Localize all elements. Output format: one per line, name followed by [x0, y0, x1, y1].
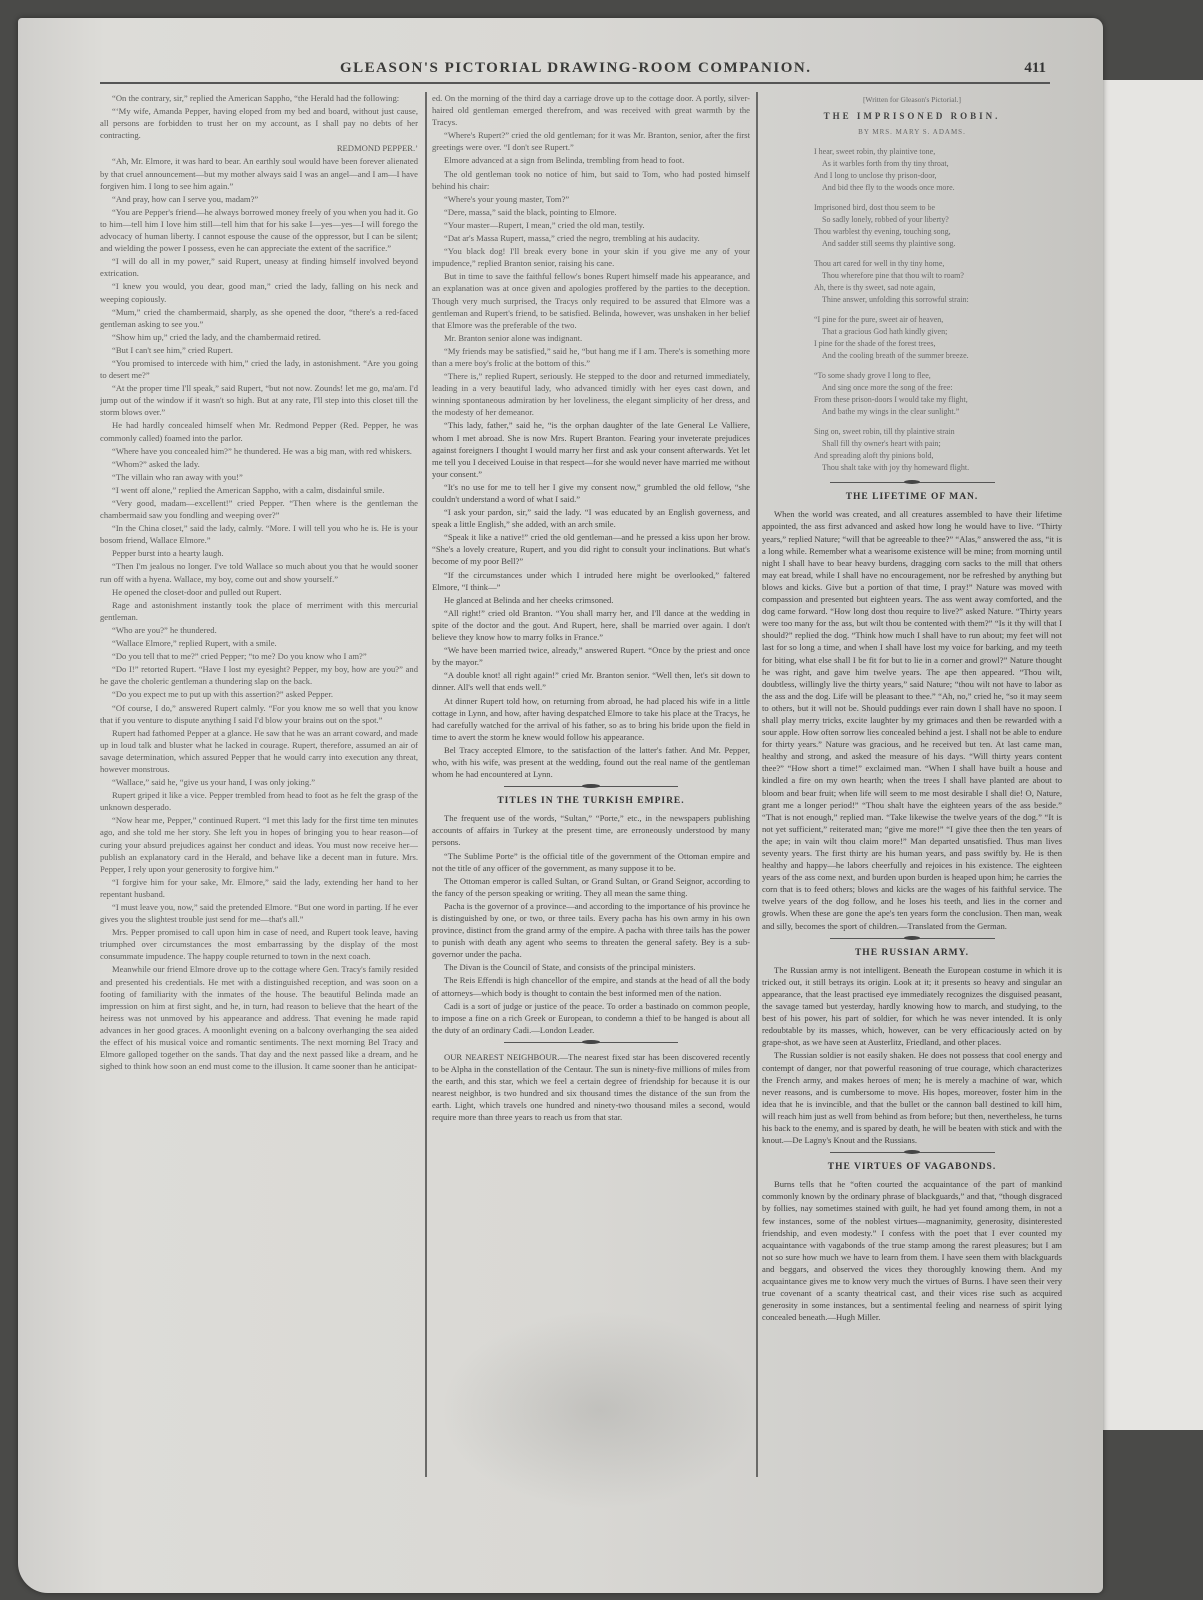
poem-stanza: Sing on, sweet robin, till thy plaintive… [814, 426, 1062, 474]
paragraph: “Dere, massa,” said the black, pointing … [432, 206, 750, 218]
paragraph: The Russian soldier is not easily shaken… [762, 1049, 1062, 1146]
poem-line: Thou warblest thy evening, touching song… [814, 226, 1062, 238]
heading-turkish-empire: TITLES IN THE TURKISH EMPIRE. [432, 795, 750, 807]
paragraph: When the world was created, and all crea… [762, 508, 1062, 931]
column-rule [756, 92, 758, 1477]
heading-russian-army: THE RUSSIAN ARMY. [762, 947, 1062, 959]
paragraph: “The villain who ran away with you!” [100, 471, 418, 483]
poem-stanza: Imprisoned bird, dost thou seem to be So… [814, 202, 1062, 250]
paragraph: The old gentleman took no notice of him,… [432, 168, 750, 192]
paragraph: “Dat ar's Massa Rupert, massa,” cried th… [432, 232, 750, 244]
poem-line: I pine for the shade of the forest trees… [814, 338, 1062, 350]
paragraph: Elmore advanced at a sign from Belinda, … [432, 154, 750, 166]
poem-stanza: I hear, sweet robin, thy plaintive tone,… [814, 146, 1062, 194]
back-sheet [1090, 80, 1203, 1430]
ornamental-rule [830, 1152, 995, 1155]
paragraph: “Mum,” cried the chambermaid, sharply, a… [100, 306, 418, 330]
paragraph: “Whom?” asked the lady. [100, 458, 418, 470]
paragraph: “I will do all in my power,” said Rupert… [100, 255, 418, 279]
ornamental-rule [504, 786, 679, 789]
paragraph: “We have been married twice, already,” a… [432, 644, 750, 668]
paragraph: “I forgive him for your sake, Mr. Elmore… [100, 876, 418, 900]
masthead: GLEASON'S PICTORIAL DRAWING-ROOM COMPANI… [100, 58, 1050, 84]
paragraph: The Russian army is not intelligent. Ben… [762, 964, 1062, 1049]
paragraph: “You black dog! I'll break every bone in… [432, 245, 750, 269]
poem-line: “I pine for the pure, sweet air of heave… [814, 314, 1062, 326]
column-2-story: ed. On the morning of the third day a ca… [432, 92, 750, 1482]
paragraph: ed. On the morning of the third day a ca… [432, 92, 750, 128]
paragraph: “Of course, I do,” answered Rupert calml… [100, 702, 418, 726]
paragraph: Meanwhile our friend Elmore drove up to … [100, 963, 418, 1072]
paragraph: “This lady, father,” said he, “is the or… [432, 419, 750, 479]
poem-line: And sadder still seems thy plaintive son… [814, 238, 1062, 250]
poem-line: And I long to unclose thy prison-door, [814, 170, 1062, 182]
publication-title: GLEASON'S PICTORIAL DRAWING-ROOM COMPANI… [340, 60, 811, 77]
paragraph: But in time to save the faithful fellow'… [432, 270, 750, 330]
paragraph: Mr. Branton senior alone was indignant. [432, 332, 750, 344]
poem-line: Thine answer, unfolding this sorrowful s… [814, 294, 1062, 306]
paragraph: “I went off alone,” replied the American… [100, 484, 418, 496]
paragraph: “I knew you would, you dear, good man,” … [100, 280, 418, 304]
poem-line: As it warbles forth from thy tiny throat… [814, 158, 1062, 170]
paragraph: “Now hear me, Pepper,” continued Rupert.… [100, 814, 418, 874]
ornamental-rule [830, 938, 995, 941]
paragraph: “But I can't see him,” cried Rupert. [100, 344, 418, 356]
poem-stanza: “I pine for the pure, sweet air of heave… [814, 314, 1062, 362]
paragraph: Rage and astonishment instantly took the… [100, 599, 418, 623]
paragraph: “My friends may be satisfied,” said he, … [432, 345, 750, 369]
paragraph: “Do you tell that to me?” cried Pepper; … [100, 650, 418, 662]
paragraph-nearest-neighbour: OUR NEAREST NEIGHBOUR.—The nearest fixed… [432, 1051, 750, 1124]
paragraph: At dinner Rupert told how, on returning … [432, 695, 750, 743]
poem-title: THE IMPRISONED ROBIN. [762, 110, 1062, 122]
poem-line: Thou art cared for well in thy tiny home… [814, 258, 1062, 270]
poem-line: And the cooling breath of the summer bre… [814, 350, 1062, 362]
paragraph: Pepper burst into a hearty laugh. [100, 547, 418, 559]
column-1-story: “On the contrary, sir,” replied the Amer… [100, 92, 418, 1482]
paragraph: “‘My wife, Amanda Pepper, having eloped … [100, 105, 418, 141]
poem-line: Thou wherefore pine that thou wilt to ro… [814, 270, 1062, 282]
paragraph: “Your master—Rupert, I mean,” cried the … [432, 219, 750, 231]
paragraph: “It's no use for me to tell her I give m… [432, 481, 750, 505]
paragraph: “Wallace,” said he, “give us your hand, … [100, 776, 418, 788]
paragraph: He opened the closet-door and pulled out… [100, 586, 418, 598]
paragraph: “If the circumstances under which I intr… [432, 569, 750, 593]
paragraph: “Do you expect me to put up with this as… [100, 688, 418, 700]
poem-line: So sadly lonely, robbed of your liberty? [814, 214, 1062, 226]
poem-line: Sing on, sweet robin, till thy plaintive… [814, 426, 1062, 438]
paragraph: “Very good, madam—excellent!” cried Pepp… [100, 497, 418, 521]
paragraph: “You are Pepper's friend—he always borro… [100, 206, 418, 254]
poem-line: I hear, sweet robin, thy plaintive tone, [814, 146, 1062, 158]
heading-lifetime-of-man: THE LIFETIME OF MAN. [762, 491, 1062, 503]
poem-byline: BY MRS. MARY S. ADAMS. [762, 126, 1062, 138]
paragraph: He glanced at Belinda and her cheeks cri… [432, 594, 750, 606]
poem-stanza: “To some shady grove I long to flee, And… [814, 370, 1062, 418]
poem-line: And bid thee fly to the woods once more. [814, 182, 1062, 194]
column-rule [425, 92, 427, 1477]
paragraph: Cadi is a sort of judge or justice of th… [432, 1000, 750, 1036]
paragraph: The Divan is the Council of State, and c… [432, 961, 750, 973]
page-number: 411 [1024, 60, 1046, 77]
paragraph: “I ask your pardon, sir,” said the lady.… [432, 506, 750, 530]
poem-line: And sing once more the song of the free: [814, 382, 1062, 394]
paragraph: Bel Tracy accepted Elmore, to the satisf… [432, 744, 750, 780]
poem-stanza: Thou art cared for well in thy tiny home… [814, 258, 1062, 306]
poem-line: Imprisoned bird, dost thou seem to be [814, 202, 1062, 214]
paragraph: The frequent use of the words, “Sultan,”… [432, 812, 750, 848]
paragraph: “On the contrary, sir,” replied the Amer… [100, 92, 418, 104]
poem-line: And spreading aloft thy pinions bold, [814, 450, 1062, 462]
paragraph: “You promised to intercede with him,” cr… [100, 357, 418, 381]
paragraph: “And pray, how can I serve you, madam?” [100, 193, 418, 205]
ornamental-rule [830, 482, 995, 485]
paragraph: “Show him up,” cried the lady, and the c… [100, 331, 418, 343]
paragraph: Rupert had fathomed Pepper at a glance. … [100, 727, 418, 775]
paragraph: “Wallace Elmore,” replied Rupert, with a… [100, 637, 418, 649]
paragraph: “Then I'm jealous no longer. I've told W… [100, 560, 418, 584]
paragraph: “Where have you concealed him?” he thund… [100, 445, 418, 457]
ornamental-rule [504, 1042, 679, 1045]
paragraph: The Ottoman emperor is called Sultan, or… [432, 875, 750, 899]
paragraph: “There is,” replied Rupert, seriously. H… [432, 370, 750, 418]
paragraph: “Do I!” retorted Rupert. “Have I lost my… [100, 663, 418, 687]
poem-line: “To some shady grove I long to flee, [814, 370, 1062, 382]
poem-line: Thou shalt take with joy thy homeward fl… [814, 462, 1062, 474]
paragraph: “Speak it like a native!” cried the old … [432, 531, 750, 567]
paragraph: “At the proper time I'll speak,” said Ru… [100, 382, 418, 418]
poem-line: From these prison-doors I would take my … [814, 394, 1062, 406]
poem-line: Shall fill thy owner's heart with pain; [814, 438, 1062, 450]
heading-virtues-of-vagabonds: THE VIRTUES OF VAGABONDS. [762, 1161, 1062, 1173]
paragraph: “Where's your young master, Tom?” [432, 193, 750, 205]
paragraph: “A double knot! all right again!” cried … [432, 669, 750, 693]
poem-line: Ah, there is thy sweet, sad note again, [814, 282, 1062, 294]
paragraph: “Ah, Mr. Elmore, it was hard to bear. An… [100, 155, 418, 191]
paragraph: Rupert griped it like a vice. Pepper tre… [100, 789, 418, 813]
paragraph: He had hardly concealed himself when Mr.… [100, 419, 418, 443]
paragraph: “Where's Rupert?” cried the old gentlema… [432, 129, 750, 153]
paragraph: “All right!” cried old Branton. “You sha… [432, 607, 750, 643]
paragraph: Pacha is the governor of a province—and … [432, 900, 750, 960]
poem-line: And bathe my wings in the clear sunlight… [814, 406, 1062, 418]
paragraph: Burns tells that he “often courted the a… [762, 1178, 1062, 1323]
paragraph: Mrs. Pepper promised to call upon him in… [100, 926, 418, 962]
signature: REDMOND PEPPER.’ [100, 142, 418, 154]
paragraph: “I must leave you, now,” said the preten… [100, 901, 418, 925]
paragraph: “The Sublime Porte” is the official titl… [432, 850, 750, 874]
poem-line: That a gracious God hath kindly given; [814, 326, 1062, 338]
paragraph: “Who are you?” he thundered. [100, 624, 418, 636]
paragraph: “In the China closet,” said the lady, ca… [100, 522, 418, 546]
paragraph: The Reis Effendi is high chancellor of t… [432, 974, 750, 998]
column-3: [Written for Gleason's Pictorial.] THE I… [762, 92, 1062, 1482]
poem-note: [Written for Gleason's Pictorial.] [762, 94, 1062, 106]
